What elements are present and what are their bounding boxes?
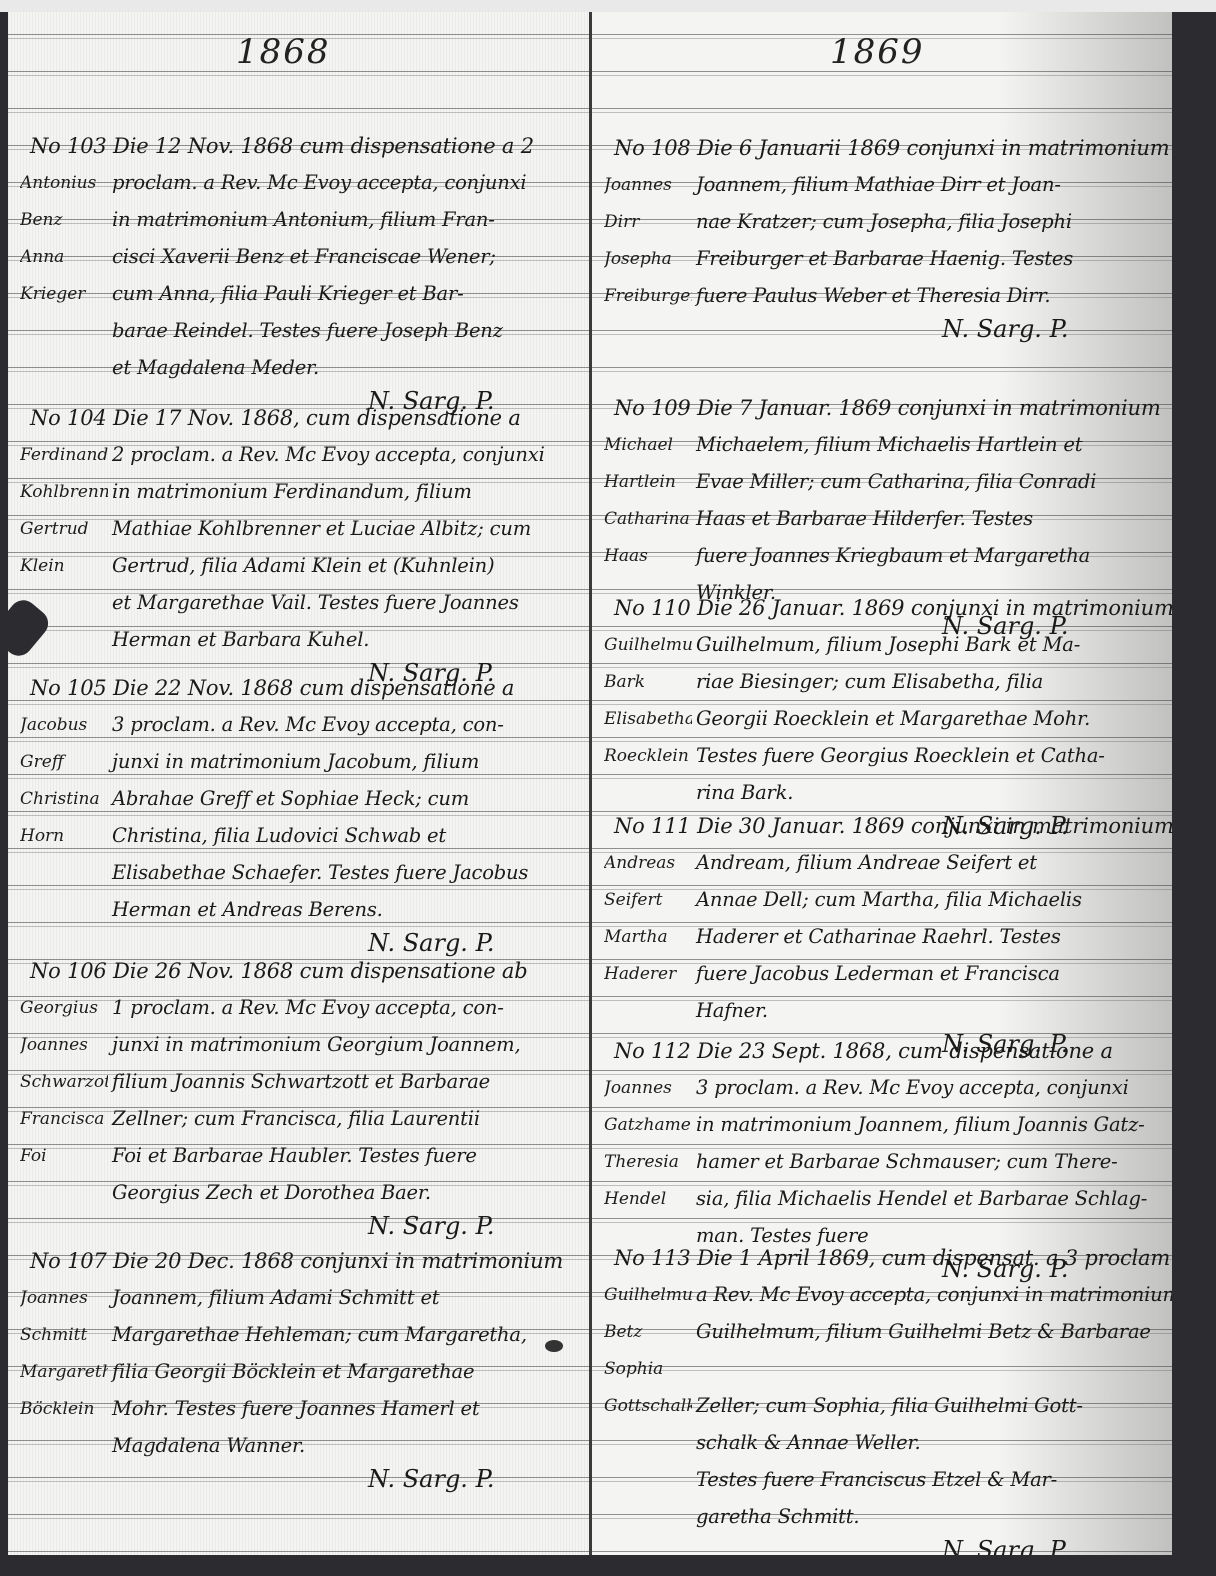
entry-text: Mohr. Testes fuere Joannes Hamerl et	[112, 1397, 479, 1420]
entry-line: ElisabethaGeorgii Roecklein et Margareth…	[592, 705, 1172, 742]
register-entry: No 106 Die 26 Nov. 1868 cum dispensation…	[8, 957, 590, 1216]
entry-text: junxi in matrimonium Jacobum, filium	[112, 750, 479, 773]
entry-text: filia Georgii Böcklein et Margarethae	[112, 1360, 474, 1383]
entry-line: Barkriae Biesinger; cum Elisabetha, fili…	[592, 668, 1172, 705]
entry-text: cum Anna, filia Pauli Krieger et Bar-	[112, 282, 464, 305]
entry-text: junxi in matrimonium Georgium Joannem,	[112, 1033, 520, 1056]
entry-text: fuere Joannes Kriegbaum et Margaretha	[696, 544, 1090, 567]
entry-line: GuilhelmusGuilhelmum, filium Josephi Bar…	[592, 631, 1172, 668]
margin-name: Josepha	[604, 249, 692, 269]
entry-text: Michaelem, filium Michaelis Hartlein et	[696, 433, 1082, 456]
entry-text: Joannem, filium Adami Schmitt et	[112, 1286, 439, 1309]
entry-line: et Magdalena Meder.	[8, 354, 590, 391]
margin-name: Schmitt	[20, 1325, 108, 1345]
entry-header: No 110 Die 26 Januar. 1869 conjunxi in m…	[614, 596, 1172, 620]
margin-name: Hartlein	[604, 472, 692, 492]
entry-header: No 108 Die 6 Januarii 1869 conjunxi in m…	[614, 136, 1169, 160]
entry-line: Jacobus3 proclam. a Rev. Mc Evoy accepta…	[8, 711, 590, 748]
entry-text: Freiburger et Barbarae Haenig. Testes	[696, 247, 1073, 270]
entry-header: No 109 Die 7 Januar. 1869 conjunxi in ma…	[614, 396, 1161, 420]
entry-text: Zellner; cum Francisca, filia Laurentii	[112, 1107, 480, 1130]
entry-line: KleinGertrud, filia Adami Klein et (Kuhn…	[8, 552, 590, 589]
margin-name: Kohlbrenner	[20, 482, 108, 502]
entry-text: 3 proclam. a Rev. Mc Evoy accepta, con-	[112, 713, 504, 736]
entry-line: GottschalkZeller; cum Sophia, filia Guil…	[592, 1392, 1172, 1429]
entry-line: Georgius Zech et Dorothea Baer.	[8, 1179, 590, 1216]
register-entry: No 112 Die 23 Sept. 1868, cum dispensati…	[592, 1037, 1172, 1259]
entry-text: hamer et Barbarae Schmauser; cum There-	[696, 1150, 1117, 1173]
entry-text: nae Kratzer; cum Josepha, filia Josephi	[696, 210, 1072, 233]
entry-line: Greffjunxi in matrimonium Jacobum, filiu…	[8, 748, 590, 785]
margin-name: Schwarzott	[20, 1072, 108, 1092]
entry-text: in matrimonium Ferdinandum, filium	[112, 480, 472, 503]
margin-name: Guilhelmus	[604, 635, 692, 655]
register-entry: No 108 Die 6 Januarii 1869 conjunxi in m…	[592, 134, 1172, 319]
entry-text: Georgius Zech et Dorothea Baer.	[112, 1181, 431, 1204]
register-entry: No 105 Die 22 Nov. 1868 cum dispensation…	[8, 674, 590, 933]
entry-line: FranciscaZellner; cum Francisca, filia L…	[8, 1105, 590, 1142]
entry-line: Antoniusproclam. a Rev. Mc Evoy accepta,…	[8, 169, 590, 206]
entry-line: garetha Schmitt.	[592, 1503, 1172, 1540]
entry-line: schalk & Annae Weller.	[592, 1429, 1172, 1466]
margin-name: Martha	[604, 927, 692, 947]
entry-line: MichaelMichaelem, filium Michaelis Hartl…	[592, 431, 1172, 468]
entry-text: 1 proclam. a Rev. Mc Evoy accepta, con-	[112, 996, 504, 1019]
margin-name: Joannes	[20, 1288, 108, 1308]
entry-line: Hadererfuere Jacobus Lederman et Francis…	[592, 960, 1172, 997]
entry-text: Foi et Barbarae Haubler. Testes fuere	[112, 1144, 477, 1167]
entry-line: JoannesJoannem, filium Adami Schmitt et	[8, 1284, 590, 1321]
entry-text: Georgii Roecklein et Margarethae Mohr.	[696, 707, 1090, 730]
entry-text: in matrimonium Joannem, filium Joannis G…	[696, 1113, 1145, 1136]
entry-line: BetzGuilhelmum, filium Guilhelmi Betz & …	[592, 1318, 1172, 1355]
entry-line: Herman et Barbara Kuhel.	[8, 626, 590, 663]
entry-header: No 106 Die 26 Nov. 1868 cum dispensation…	[30, 959, 527, 983]
margin-name: Benz	[20, 210, 108, 230]
margin-name: Michael	[604, 435, 692, 455]
entry-header: No 107 Die 20 Dec. 1868 conjunxi in matr…	[30, 1249, 563, 1273]
margin-name: Christina	[20, 789, 108, 809]
entry-text: Herman et Barbara Kuhel.	[112, 628, 369, 651]
entry-text: a Rev. Mc Evoy accepta, conjunxi in matr…	[696, 1283, 1172, 1306]
entry-text: 3 proclam. a Rev. Mc Evoy accepta, conju…	[696, 1076, 1129, 1099]
entry-line: No 111 Die 30 Januar. 1869 conjunxi in m…	[592, 812, 1172, 849]
entry-line: HornChristina, filia Ludovici Schwab et	[8, 822, 590, 859]
entry-text: Zeller; cum Sophia, filia Guilhelmi Gott…	[696, 1394, 1083, 1417]
margin-name: Gottschalk	[604, 1396, 692, 1416]
priest-signature: N. Sarg. P.	[368, 929, 494, 957]
margin-name: Theresia	[604, 1152, 692, 1172]
entry-text: Joannem, filium Mathiae Dirr et Joan-	[696, 173, 1061, 196]
entry-text: fuere Paulus Weber et Theresia Dirr.	[696, 284, 1050, 307]
entry-line: CatharinaHaas et Barbarae Hilderfer. Tes…	[592, 505, 1172, 542]
margin-name: Ferdinandus	[20, 445, 108, 465]
entry-text: Elisabethae Schaefer. Testes fuere Jacob…	[112, 861, 528, 884]
entry-line: Testes fuere Franciscus Etzel & Mar-	[592, 1466, 1172, 1503]
entry-line: Magdalena Wanner.	[8, 1432, 590, 1469]
entry-line: AndreasAndream, filium Andreae Seifert e…	[592, 849, 1172, 886]
margin-name: Jacobus	[20, 715, 108, 735]
entry-text: fuere Jacobus Lederman et Francisca	[696, 962, 1060, 985]
entry-line: JosephaFreiburger et Barbarae Haenig. Te…	[592, 245, 1172, 282]
entry-line: et Margarethae Vail. Testes fuere Joanne…	[8, 589, 590, 626]
entry-line: JoannesJoannem, filium Mathiae Dirr et J…	[592, 171, 1172, 208]
entry-text: Andream, filium Andreae Seifert et	[696, 851, 1037, 874]
margin-name: Georgius	[20, 998, 108, 1018]
margin-name: Anna	[20, 247, 108, 267]
register-entry: No 110 Die 26 Januar. 1869 conjunxi in m…	[592, 594, 1172, 816]
register-entry: No 111 Die 30 Januar. 1869 conjunxi in m…	[592, 812, 1172, 1034]
margin-name: Seifert	[604, 890, 692, 910]
register-entry: No 104 Die 17 Nov. 1868, cum dispensatio…	[8, 404, 590, 663]
entry-header: No 103 Die 12 Nov. 1868 cum dispensation…	[30, 134, 534, 158]
priest-signature: N. Sarg. P.	[368, 1465, 494, 1493]
entry-text: Guilhelmum, filium Guilhelmi Betz & Barb…	[696, 1320, 1151, 1343]
entry-line: Theresiahamer et Barbarae Schmauser; cum…	[592, 1148, 1172, 1185]
entry-line: No 103 Die 12 Nov. 1868 cum dispensation…	[8, 132, 590, 169]
margin-name: Haas	[604, 546, 692, 566]
entry-line: RoeckleinTestes fuere Georgius Roecklein…	[592, 742, 1172, 779]
entry-text: Margarethae Hehleman; cum Margaretha,	[112, 1323, 527, 1346]
entry-line: Sophia	[592, 1355, 1172, 1392]
entry-line: No 108 Die 6 Januarii 1869 conjunxi in m…	[592, 134, 1172, 171]
entry-line: Freiburgerfuere Paulus Weber et Theresia…	[592, 282, 1172, 319]
entry-line: Elisabethae Schaefer. Testes fuere Jacob…	[8, 859, 590, 896]
register-entry: No 107 Die 20 Dec. 1868 conjunxi in matr…	[8, 1247, 590, 1469]
entry-text: in matrimonium Antonium, filium Fran-	[112, 208, 495, 231]
margin-name: Elisabetha	[604, 709, 692, 729]
margin-name: Catharina	[604, 509, 692, 529]
priest-signature: N. Sarg. P.	[368, 1212, 494, 1240]
margin-name: Andreas	[604, 853, 692, 873]
entry-line: Dirrnae Kratzer; cum Josepha, filia Jose…	[592, 208, 1172, 245]
entry-line: SchmittMargarethae Hehleman; cum Margare…	[8, 1321, 590, 1358]
entry-line: No 106 Die 26 Nov. 1868 cum dispensation…	[8, 957, 590, 994]
entry-text: Herman et Andreas Berens.	[112, 898, 383, 921]
entry-line: Haasfuere Joannes Kriegbaum et Margareth…	[592, 542, 1172, 579]
entry-header: No 104 Die 17 Nov. 1868, cum dispensatio…	[30, 406, 521, 430]
entry-text: Hafner.	[696, 999, 768, 1022]
entry-text: 2 proclam. a Rev. Mc Evoy accepta, conju…	[112, 443, 545, 466]
priest-signature: N. Sarg. P.	[942, 315, 1068, 343]
entry-line: Hendelsia, filia Michaelis Hendel et Bar…	[592, 1185, 1172, 1222]
entry-text: riae Biesinger; cum Elisabetha, filia	[696, 670, 1043, 693]
margin-name: Joannes	[604, 175, 692, 195]
margin-name: Dirr	[604, 212, 692, 232]
margin-name: Foi	[20, 1146, 108, 1166]
margin-name: Greff	[20, 752, 108, 772]
margin-name: Joannes	[604, 1078, 692, 1098]
entry-line: No 110 Die 26 Januar. 1869 conjunxi in m…	[592, 594, 1172, 631]
entry-header: No 105 Die 22 Nov. 1868 cum dispensation…	[30, 676, 514, 700]
entry-line: No 105 Die 22 Nov. 1868 cum dispensation…	[8, 674, 590, 711]
margin-name: Krieger	[20, 284, 108, 304]
entry-line: Benzin matrimonium Antonium, filium Fran…	[8, 206, 590, 243]
entry-text: Guilhelmum, filium Josephi Bark et Ma-	[696, 633, 1080, 656]
entry-text: garetha Schmitt.	[696, 1505, 859, 1528]
margin-name: Bark	[604, 672, 692, 692]
entry-line: MarthaHaderer et Catharinae Raehrl. Test…	[592, 923, 1172, 960]
page-year: 1868	[236, 32, 331, 72]
entry-line: No 112 Die 23 Sept. 1868, cum dispensati…	[592, 1037, 1172, 1074]
entry-line: No 107 Die 20 Dec. 1868 conjunxi in matr…	[8, 1247, 590, 1284]
ink-spot	[545, 1340, 563, 1352]
entry-line: Ferdinandus2 proclam. a Rev. Mc Evoy acc…	[8, 441, 590, 478]
scan-top-border	[0, 0, 1216, 12]
entry-text: Evae Miller; cum Catharina, filia Conrad…	[696, 470, 1096, 493]
entry-line: No 113 Die 1 April 1869, cum dispensat. …	[592, 1244, 1172, 1281]
entry-line: Herman et Andreas Berens.	[8, 896, 590, 933]
entry-text: Magdalena Wanner.	[112, 1434, 305, 1457]
entry-line: Margarethafilia Georgii Böcklein et Marg…	[8, 1358, 590, 1395]
margin-name: Sophia	[604, 1359, 692, 1379]
entry-line: barae Reindel. Testes fuere Joseph Benz	[8, 317, 590, 354]
entry-line: Joannesjunxi in matrimonium Georgium Joa…	[8, 1031, 590, 1068]
entry-line: Kriegercum Anna, filia Pauli Krieger et …	[8, 280, 590, 317]
entry-text: rina Bark.	[696, 781, 793, 804]
entry-text: et Magdalena Meder.	[112, 356, 319, 379]
entry-text: Testes fuere Franciscus Etzel & Mar-	[696, 1468, 1057, 1491]
margin-name: Böcklein	[20, 1399, 108, 1419]
scan-bottom-border	[0, 1555, 1216, 1576]
entry-header: No 113 Die 1 April 1869, cum dispensat. …	[614, 1246, 1172, 1270]
entry-line: Kohlbrennerin matrimonium Ferdinandum, f…	[8, 478, 590, 515]
margin-name: Haderer	[604, 964, 692, 984]
margin-name: Gertrud	[20, 519, 108, 539]
priest-signature: N. Sarg. P.	[942, 1536, 1068, 1555]
entry-line: GertrudMathiae Kohlbrenner et Luciae Alb…	[8, 515, 590, 552]
margin-name: Freiburger	[604, 286, 692, 306]
entry-text: filium Joannis Schwartzott et Barbarae	[112, 1070, 490, 1093]
register-entry: No 109 Die 7 Januar. 1869 conjunxi in ma…	[592, 394, 1172, 616]
entry-line: HartleinEvae Miller; cum Catharina, fili…	[592, 468, 1172, 505]
entry-line: No 109 Die 7 Januar. 1869 conjunxi in ma…	[592, 394, 1172, 431]
entry-header: No 112 Die 23 Sept. 1868, cum dispensati…	[614, 1039, 1113, 1063]
entry-text: Testes fuere Georgius Roecklein et Catha…	[696, 744, 1105, 767]
register-entry: No 113 Die 1 April 1869, cum dispensat. …	[592, 1244, 1172, 1540]
entry-text: barae Reindel. Testes fuere Joseph Benz	[112, 319, 503, 342]
entry-line: Gatzhamerin matrimonium Joannem, filium …	[592, 1111, 1172, 1148]
entry-line: rina Bark.	[592, 779, 1172, 816]
entry-text: sia, filia Michaelis Hendel et Barbarae …	[696, 1187, 1147, 1210]
page-year: 1869	[830, 32, 925, 72]
margin-name: Antonius	[20, 173, 108, 193]
entry-line: Joannes3 proclam. a Rev. Mc Evoy accepta…	[592, 1074, 1172, 1111]
entry-line: SeifertAnnae Dell; cum Martha, filia Mic…	[592, 886, 1172, 923]
margin-name: Margaretha	[20, 1362, 108, 1382]
entry-text: Haas et Barbarae Hilderfer. Testes	[696, 507, 1033, 530]
entry-text: Abrahae Greff et Sophiae Heck; cum	[112, 787, 469, 810]
entry-text: proclam. a Rev. Mc Evoy accepta, conjunx…	[112, 171, 526, 194]
entry-text: Annae Dell; cum Martha, filia Michaelis	[696, 888, 1082, 911]
entry-line: FoiFoi et Barbarae Haubler. Testes fuere	[8, 1142, 590, 1179]
margin-name: Horn	[20, 826, 108, 846]
entry-text: schalk & Annae Weller.	[696, 1431, 920, 1454]
entry-line: Schwarzottfilium Joannis Schwartzott et …	[8, 1068, 590, 1105]
entry-text: cisci Xaverii Benz et Franciscae Wener;	[112, 245, 496, 268]
left-page: 1868 No 103 Die 12 Nov. 1868 cum dispens…	[8, 12, 590, 1555]
margin-name: Betz	[604, 1322, 692, 1342]
margin-name: Roecklein	[604, 746, 692, 766]
margin-name: Guilhelmus	[604, 1285, 692, 1305]
entry-line: Annacisci Xaverii Benz et Franciscae Wen…	[8, 243, 590, 280]
entry-text: Gertrud, filia Adami Klein et (Kuhnlein)	[112, 554, 494, 577]
register-entry: No 103 Die 12 Nov. 1868 cum dispensation…	[8, 132, 590, 391]
right-page: 1869 No 108 Die 6 Januarii 1869 conjunxi…	[592, 12, 1172, 1555]
entry-text: Haderer et Catharinae Raehrl. Testes	[696, 925, 1061, 948]
entry-text: et Margarethae Vail. Testes fuere Joanne…	[112, 591, 519, 614]
margin-name: Klein	[20, 556, 108, 576]
entry-line: ChristinaAbrahae Greff et Sophiae Heck; …	[8, 785, 590, 822]
margin-name: Hendel	[604, 1189, 692, 1209]
margin-name: Gatzhamer	[604, 1115, 692, 1135]
margin-name: Francisca	[20, 1109, 108, 1129]
entry-line: BöckleinMohr. Testes fuere Joannes Hamer…	[8, 1395, 590, 1432]
entry-line: No 104 Die 17 Nov. 1868, cum dispensatio…	[8, 404, 590, 441]
entry-text: Christina, filia Ludovici Schwab et	[112, 824, 446, 847]
entry-text: Mathiae Kohlbrenner et Luciae Albitz; cu…	[112, 517, 531, 540]
entry-line: Georgius1 proclam. a Rev. Mc Evoy accept…	[8, 994, 590, 1031]
entry-line: Hafner.	[592, 997, 1172, 1034]
entry-line: Guilhelmusa Rev. Mc Evoy accepta, conjun…	[592, 1281, 1172, 1318]
margin-name: Joannes	[20, 1035, 108, 1055]
entry-header: No 111 Die 30 Januar. 1869 conjunxi in m…	[614, 814, 1172, 838]
